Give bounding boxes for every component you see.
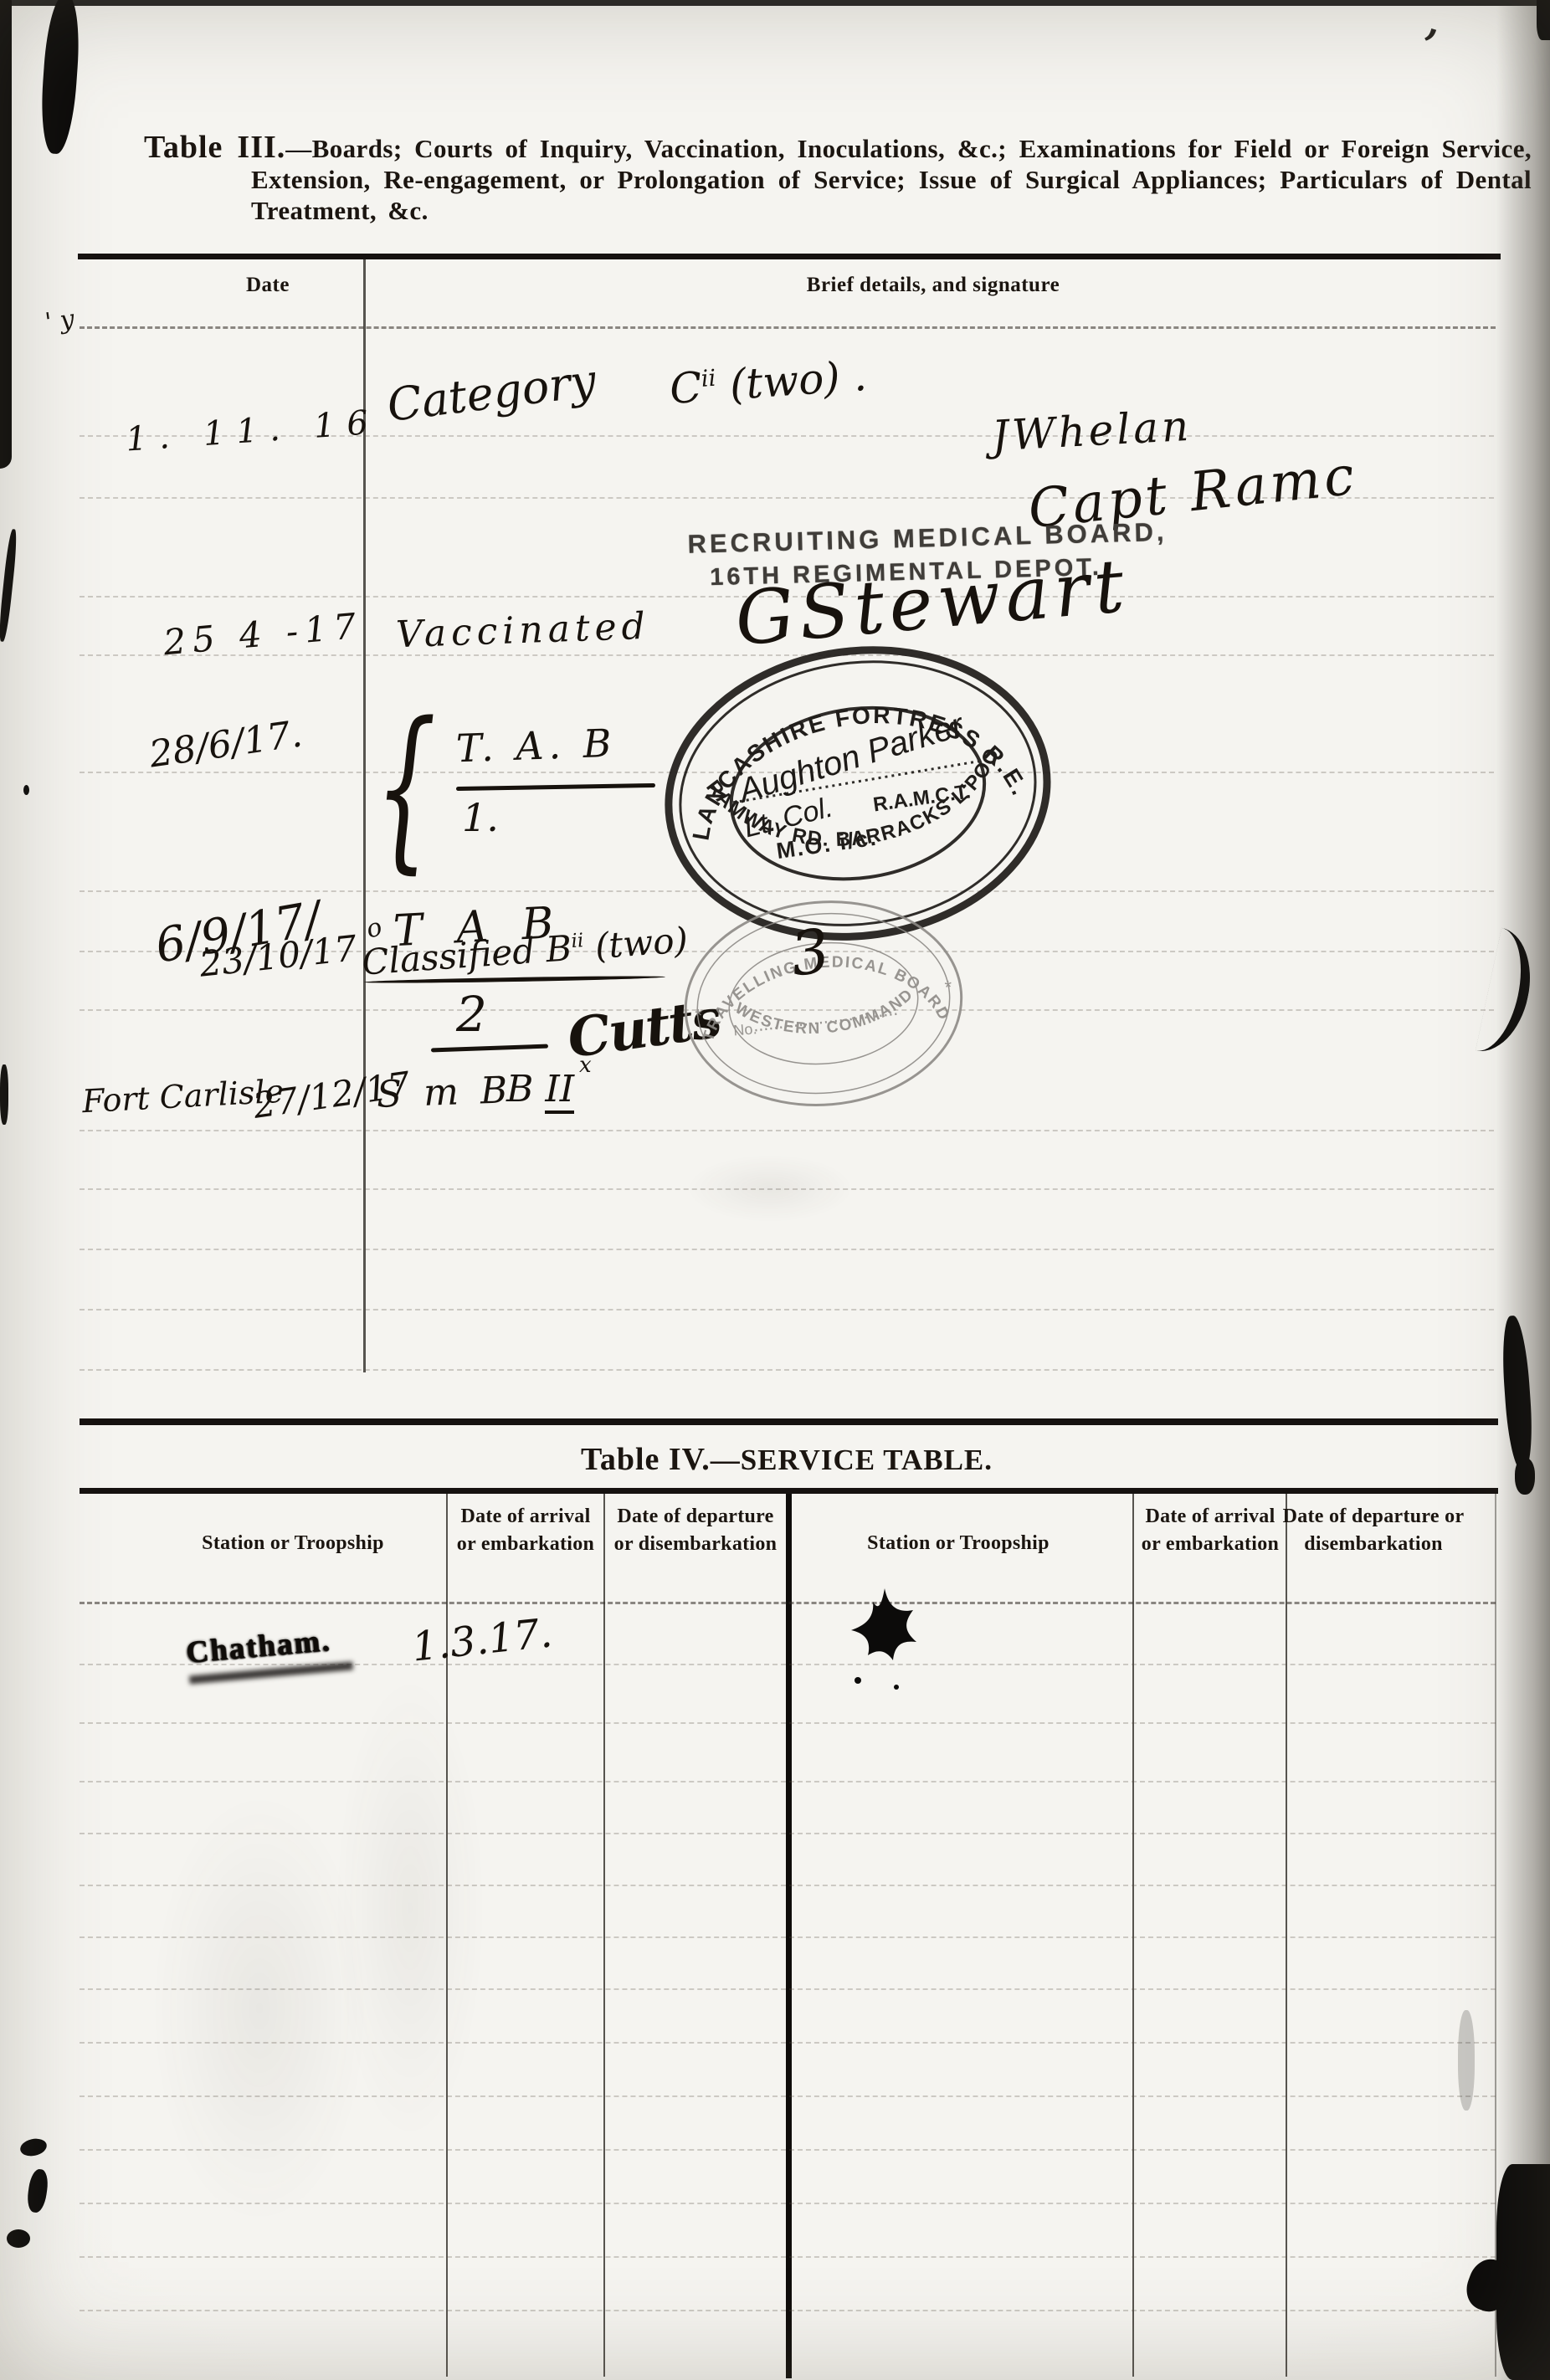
scan-left-blob <box>18 2136 48 2158</box>
entry6-grade: B II <box>506 1068 574 1110</box>
entry3-date: 28/6/17. <box>146 712 305 776</box>
table4-vline <box>1286 1494 1287 2377</box>
table4-col-arrival-right: Date of arrival or embarkation <box>1137 1503 1284 1558</box>
ledger-line <box>80 1369 1494 1371</box>
scanned-service-record-page: Table III.—Boards; Courts of Inquiry, Va… <box>0 0 1550 2380</box>
entry2-detail: Vaccinated <box>395 605 650 657</box>
ledger-line <box>80 2310 1496 2311</box>
stamp2-arc-bottom-text: WESTERN COMMAND <box>731 984 920 1045</box>
table3-top-rule <box>78 254 1501 259</box>
category-superscript: ii <box>701 365 717 392</box>
table4-col-departure-right: Date of departure or disembarkation <box>1279 1503 1468 1558</box>
table3-bottom-rule <box>80 1418 1498 1425</box>
table3-header-rule <box>80 326 1496 329</box>
scan-left-mark <box>0 1064 8 1125</box>
scan-left-mark <box>0 529 18 642</box>
table3-title: Table III.—Boards; Courts of Inquiry, Va… <box>144 132 1532 226</box>
scan-corner-blob-topright <box>1537 0 1550 40</box>
svg-text:WESTERN COMMAND: WESTERN COMMAND <box>731 984 920 1045</box>
scan-left-speck <box>23 785 29 795</box>
entry6-detail: S m B <box>376 1069 513 1116</box>
paper-smudge <box>335 1674 485 2142</box>
table3-col-details: Brief details, and signature <box>720 274 1147 297</box>
ledger-line <box>80 1722 1496 1724</box>
ledger-line <box>80 1130 1494 1131</box>
stamp2-star-left: * <box>695 1005 704 1027</box>
entry1-date: 1. 11. 16 <box>125 403 382 459</box>
entry3-brace: { <box>375 691 436 884</box>
table4-col-arrival-left: Date of arrival or embarkation <box>452 1503 599 1558</box>
entry3-tab: T. A. B <box>455 721 617 772</box>
service-entry-arrival-date: 1.3.17. <box>410 1609 555 1670</box>
margin-ink-mark: ' y <box>44 305 76 337</box>
scan-left-blob <box>25 2168 49 2214</box>
table4-top-rule <box>80 1488 1498 1494</box>
table4-title-rest: —SERVICE TABLE. <box>711 1444 993 1476</box>
ledger-line <box>80 1781 1496 1782</box>
entry1-word: Category <box>384 354 598 432</box>
scan-corner-blob-topleft <box>38 0 82 155</box>
table4-col-departure-left: Date of departure or disembarkation <box>608 1503 783 1558</box>
scan-edge-right-shade <box>1496 0 1550 2380</box>
table3-title-lead: Table III. <box>144 130 285 165</box>
table3-col-date: Date <box>167 274 368 297</box>
ledger-line <box>80 1309 1494 1311</box>
entry3-underline <box>456 783 655 791</box>
scan-edge-top <box>0 0 1550 6</box>
scan-edge-left <box>0 0 12 469</box>
entry4-number: 2 <box>456 986 487 1043</box>
classified-text: Classified B <box>361 927 573 982</box>
ink-blot <box>833 1587 929 1700</box>
scan-right-blob <box>1515 1458 1535 1495</box>
table4-col-station-right: Station or Troopship <box>787 1530 1130 1557</box>
grade-letter: B <box>506 1068 533 1110</box>
ink-blot-dot <box>855 1677 861 1684</box>
ink-blot-dot <box>894 1685 899 1690</box>
paper-smudge <box>686 1155 854 1222</box>
entry4-number-underline <box>431 1044 548 1053</box>
entry6-mark: x <box>579 1053 592 1078</box>
category-letter: C <box>668 363 703 414</box>
table4-col-station-left: Station or Troopship <box>117 1530 469 1557</box>
ledger-line <box>80 1249 1494 1250</box>
category-rest: (two) . <box>728 351 868 409</box>
entry3-number: 1. <box>462 795 499 840</box>
entry1-signature: JWhelan <box>991 402 1193 460</box>
table4-vline <box>1132 1494 1134 2377</box>
entry1-category-value: Cii (two) . <box>668 351 868 413</box>
ink-blot-shape <box>851 1588 916 1660</box>
scan-left-blob <box>7 2229 30 2248</box>
scan-right-smudge <box>1458 2010 1475 2111</box>
grade-numeral: II <box>545 1068 574 1114</box>
stamp2-no-label: No. <box>733 1020 758 1039</box>
ledger-line <box>80 2256 1496 2258</box>
scan-top-right-mark: ’ <box>1409 18 1443 82</box>
ledger-line <box>80 1664 1496 1665</box>
table4-header-rule <box>80 1602 1496 1604</box>
table4-title: Table IV.—SERVICE TABLE. <box>368 1441 1205 1478</box>
stamp2-star-right: * <box>944 977 953 998</box>
table4-vline <box>603 1494 605 2377</box>
classified-superscript: ii <box>571 930 585 952</box>
table3-title-rest: —Boards; Courts of Inquiry, Vaccination,… <box>251 134 1532 225</box>
table4-title-lead: Table IV. <box>581 1442 711 1477</box>
